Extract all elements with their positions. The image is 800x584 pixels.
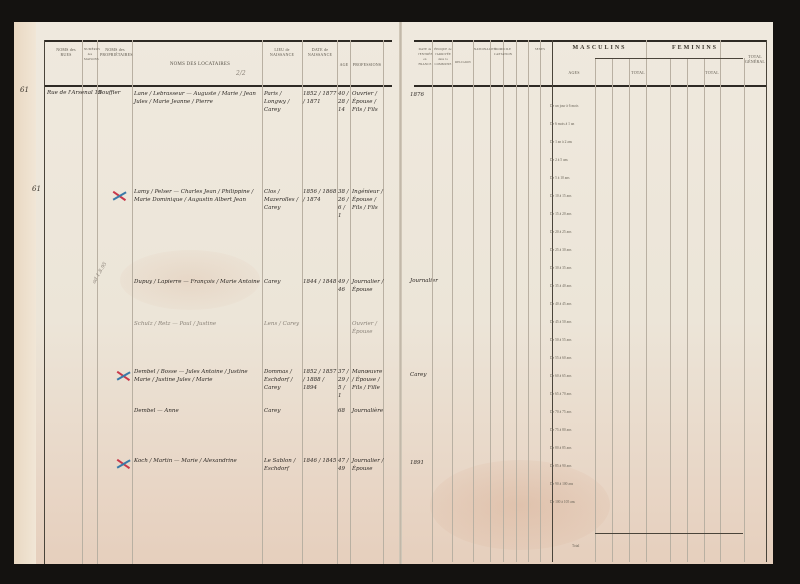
header-nationalite: NATIONALITÉ xyxy=(474,47,489,52)
header-fraction: 2/2 xyxy=(236,70,246,77)
owner-name: Bouffier xyxy=(98,90,120,96)
profession: Manœuvre / Épouse / Fils / Fille xyxy=(352,368,384,392)
book-fold xyxy=(399,22,402,564)
birthdate: 1852 / 1877 / 1871 xyxy=(303,90,337,106)
profession: Ingénieur / Épouse / Fils / Fils xyxy=(352,188,384,212)
age: 37 / 29 / 5 / 1 xyxy=(338,368,350,400)
header-religion: RELIGION xyxy=(454,60,472,65)
remark: Carey xyxy=(410,372,426,378)
remark: 1876 xyxy=(410,92,424,98)
profession: Journalière xyxy=(352,408,383,414)
left-border xyxy=(44,40,45,564)
tenant-name: Schulz / Retz — Paul / Justine xyxy=(134,320,262,328)
total-label: Total xyxy=(572,544,579,548)
age: 38 / 26 / 6 / 1 xyxy=(338,188,350,220)
tenant-name: Lamy / Pelser — Charles Jean / Philippin… xyxy=(134,188,262,204)
profession: Journalier / Épouse xyxy=(352,457,384,473)
stain xyxy=(430,460,610,550)
birthplace: Dommas / Eschdorf / Carey xyxy=(264,368,302,392)
header-lieu: LIEU de NAISSANCE xyxy=(265,47,299,57)
remark: Journalier xyxy=(410,278,438,284)
birthdate: 1856 / 1868 / 1874 xyxy=(303,188,337,204)
header-feminins: FEMININS xyxy=(647,46,743,51)
birthdate: 1846 / 1845 xyxy=(303,457,337,465)
right-border xyxy=(766,40,767,562)
header-bottom-rule xyxy=(414,85,766,87)
page-edge xyxy=(14,22,36,564)
header-rues: NOMS des RUES xyxy=(54,47,78,57)
birthplace: Clos / Mazerolles / Carey xyxy=(264,188,302,212)
tenant-name: Lane / Lebrasseur — Auguste / Marie / Je… xyxy=(134,90,262,106)
tenant-name: Dupuy / Lapierre — François / Marie Anto… xyxy=(134,278,262,286)
age: 68 xyxy=(338,408,345,414)
birthplace: Carey xyxy=(264,278,302,286)
cross-mark-icon xyxy=(116,458,130,470)
header-masculins: MASCULINS xyxy=(553,46,646,51)
birthplace: Paris / Longwy / Carey xyxy=(264,90,302,114)
birthplace: Carey xyxy=(264,408,280,414)
profession: Journalier / Épouse xyxy=(352,278,384,294)
birthdate: 1844 / 1848 xyxy=(303,278,337,286)
header-entree: DATE de l'ENTRÉE en FRANCE xyxy=(418,47,432,67)
profession: Ouvrier / Épouse / Fils / Fils xyxy=(352,90,384,114)
header-locataires: NOMS DES LOCATAIRES xyxy=(150,62,250,67)
header-ages: AGES xyxy=(555,70,593,75)
header-professions: PROFESSIONS xyxy=(351,62,383,67)
street-name: Rue de l'Arsenal 19 xyxy=(47,90,102,96)
header-date: DATE de NAISSANCE xyxy=(305,47,335,57)
header-sexes: SEXES xyxy=(528,47,552,52)
margin-number: 61 xyxy=(32,185,41,193)
birthplace: Lens / Carey xyxy=(264,320,302,328)
birthdate: 1852 / 1857 / 1888 / 1894 xyxy=(303,368,337,392)
cross-mark-icon xyxy=(116,370,130,382)
header-total-m: TOTAL xyxy=(630,70,646,75)
margin-number: 61 xyxy=(20,86,29,94)
tenant-name: Dembel / Bosse — Jules Antoine / Justine… xyxy=(134,368,262,384)
header-age: AGE xyxy=(338,62,350,67)
header-domicile: DOMICILE CAPTATION xyxy=(491,47,515,57)
header-top-rule xyxy=(414,40,766,42)
age: 40 / 28 / 14 xyxy=(338,90,350,114)
profession: Ouvrier / Épouse xyxy=(352,320,384,336)
header-proprietaires: NOMS des PROPRIÉTAIRES xyxy=(100,47,130,57)
age: 49 / 46 xyxy=(338,278,350,294)
birthplace: Le Sablon / Eschdorf xyxy=(264,457,302,473)
age: 47 / 49 xyxy=(338,457,350,473)
header-total-f: TOTAL xyxy=(704,70,720,75)
remark: 1891 xyxy=(410,460,424,466)
tenant-name: Koch / Martin — Marie / Alexandrine xyxy=(134,457,262,465)
cross-mark-icon xyxy=(112,190,126,202)
header-arrivee: ÉPOQUE de l'ARRIVÉE dans la COMMUNE xyxy=(434,47,452,67)
header-numeros: NUMÉROS des MAISONS xyxy=(84,47,96,62)
header-total-general: TOTAL GÉNÉRAL xyxy=(745,54,765,64)
tenant-name: Dembel — Anne xyxy=(134,408,179,414)
